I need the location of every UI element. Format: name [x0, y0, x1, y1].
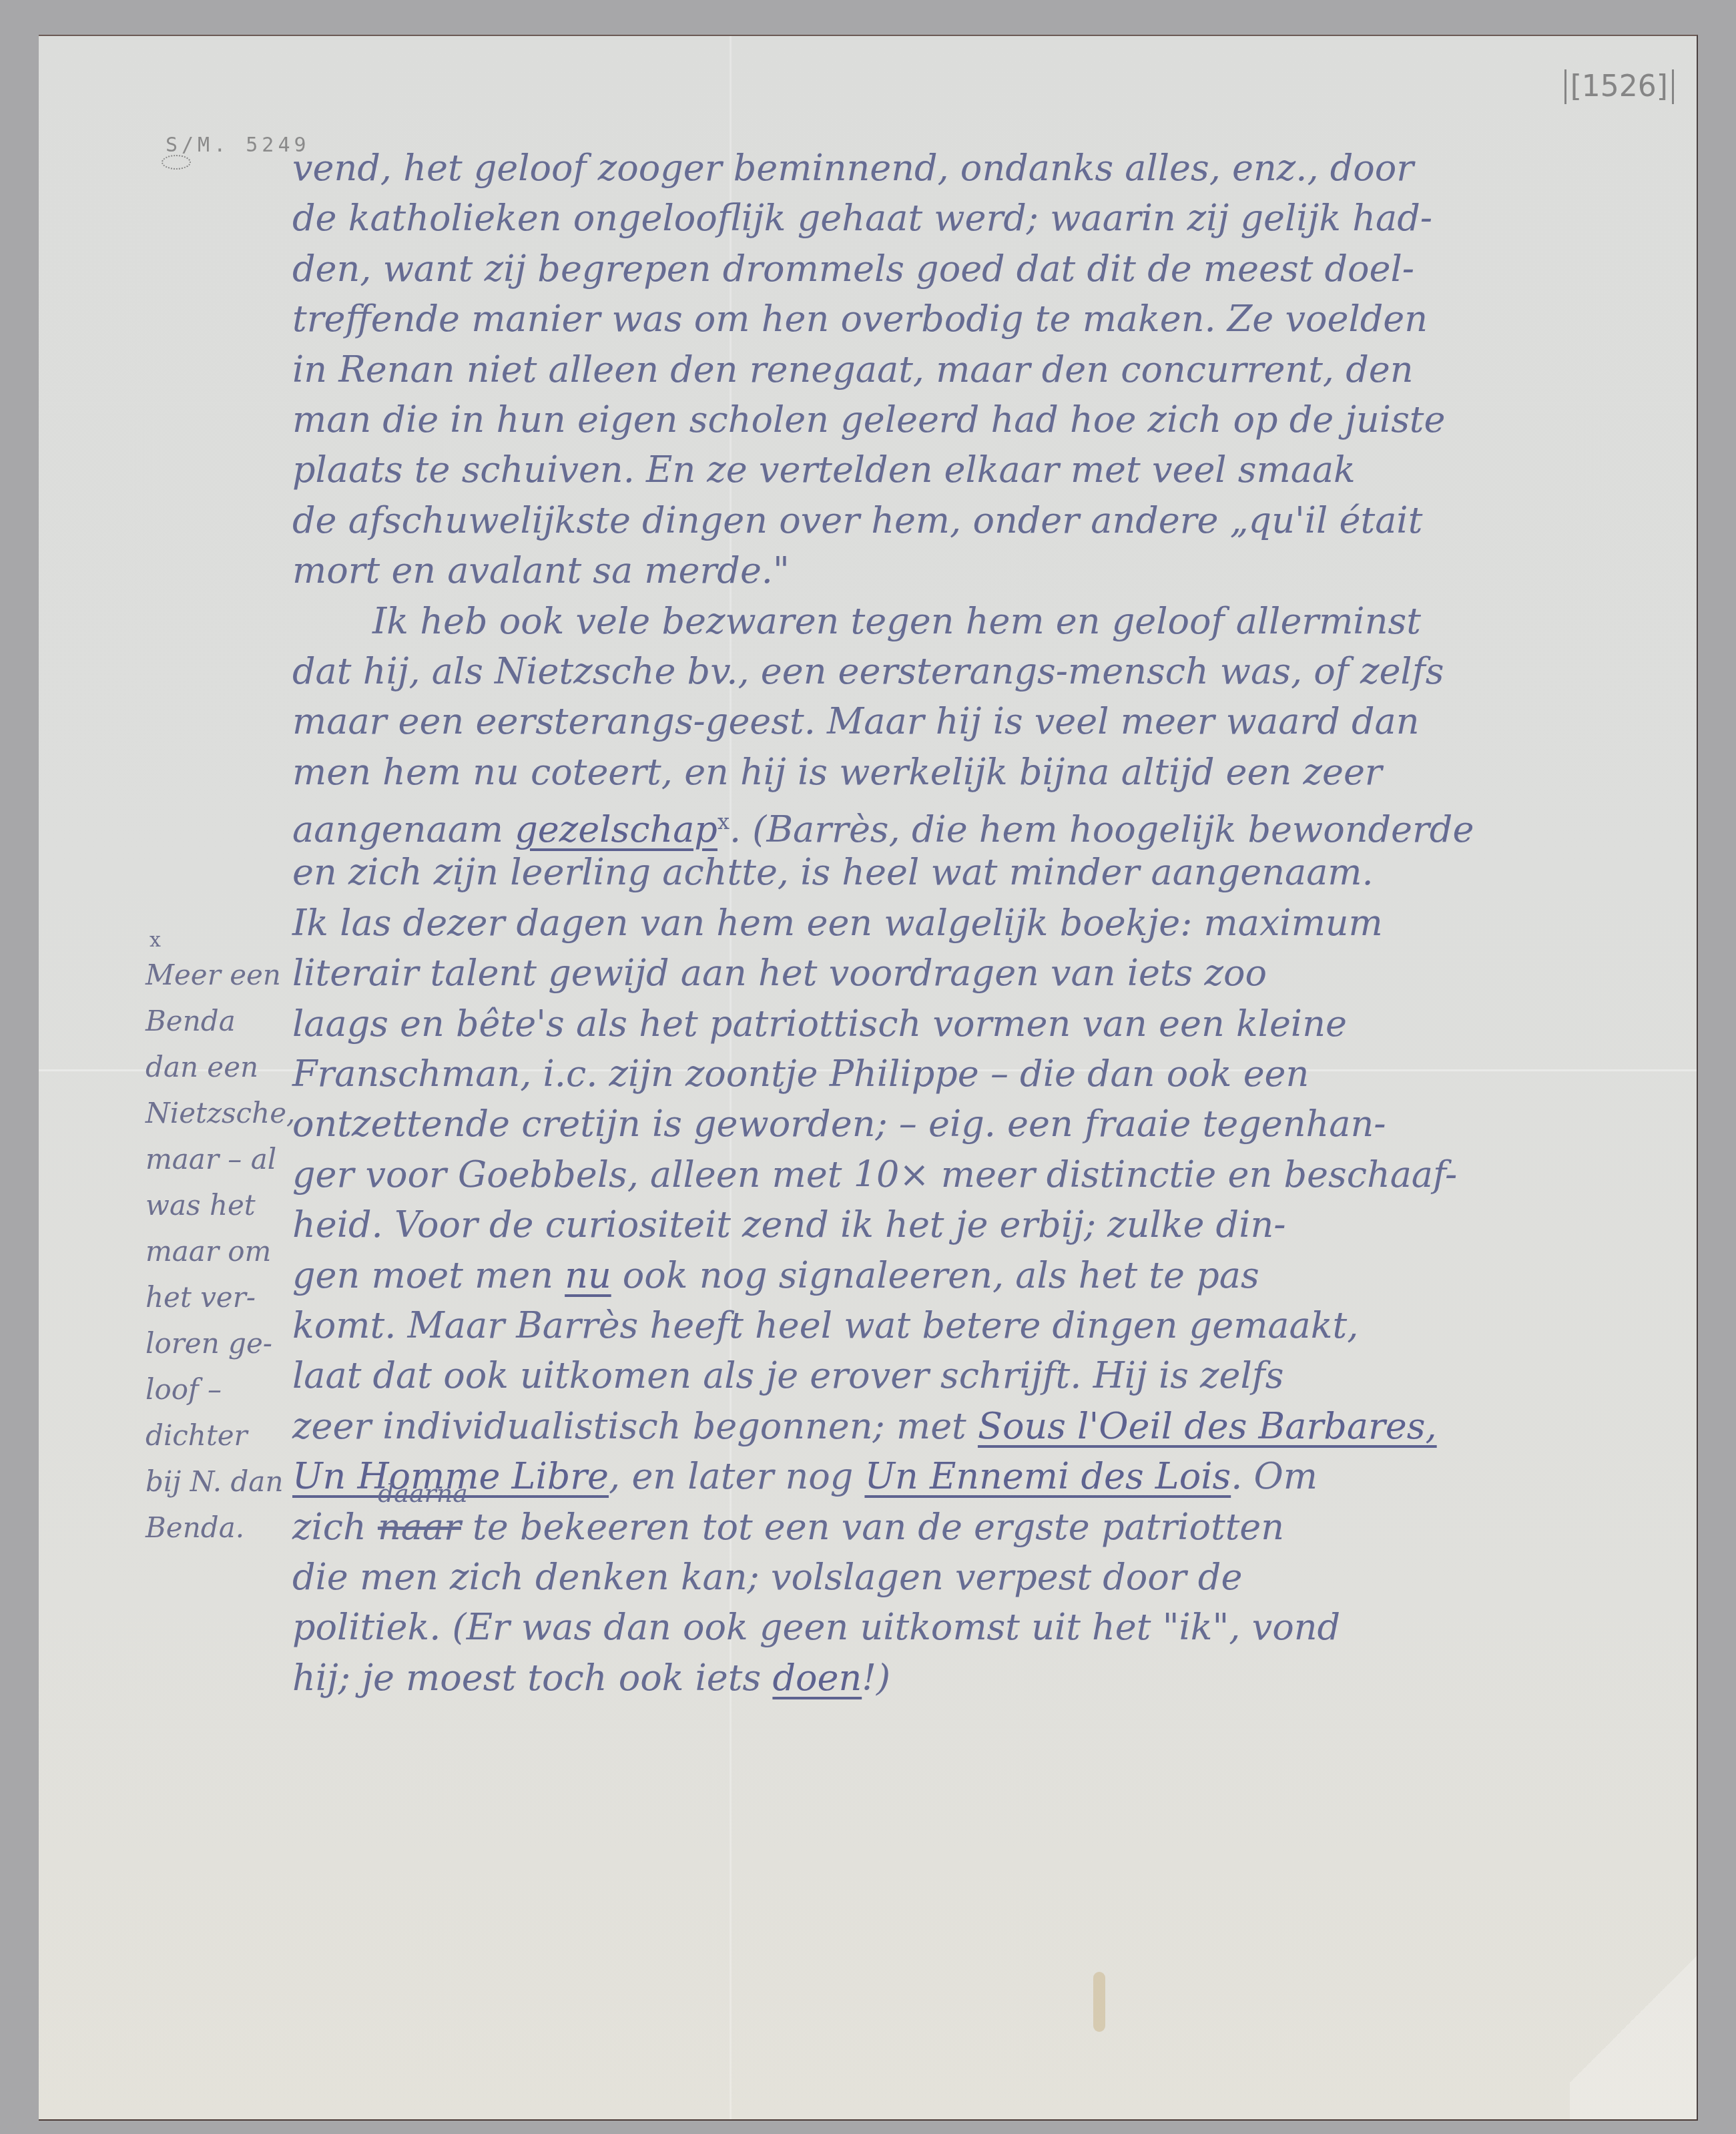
- footnote-marker: x: [717, 809, 730, 834]
- body-line: komt. Maar Barrès heeft heel wat betere …: [292, 1300, 1714, 1350]
- body-line: maar een eersterangs-geest. Maar hij is …: [292, 696, 1714, 746]
- margin-line: was het: [146, 1182, 292, 1228]
- text-fragment: te bekeeren tot een van de ergste patrio…: [461, 1506, 1284, 1548]
- book-title-underlined: Sous l'Oeil des Barbares,: [978, 1405, 1437, 1447]
- body-line: literair talent gewijd aan het voordrage…: [292, 948, 1714, 998]
- body-line: laat dat ook uitkomen als je erover schr…: [292, 1350, 1714, 1400]
- underlined-word: nu: [565, 1254, 611, 1296]
- body-line: Franschman, i.c. zijn zoontje Philippe –…: [292, 1049, 1714, 1099]
- paper-stain: [1093, 1972, 1105, 2032]
- body-line: treffende manier was om hen overbodig te…: [292, 294, 1714, 344]
- body-line: zich naardaarna te bekeeren tot een van …: [292, 1502, 1714, 1552]
- body-line: de afschuwelijkste dingen over hem, onde…: [292, 495, 1714, 545]
- text-fragment: zich: [292, 1506, 378, 1548]
- underlined-word: doen: [772, 1657, 862, 1699]
- body-line: de katholieken ongelooflijk gehaat werd;…: [292, 193, 1714, 243]
- margin-line: loof –: [146, 1366, 292, 1412]
- margin-line: bij N. dan: [146, 1458, 292, 1505]
- underlined-word: gezelschap: [515, 808, 717, 850]
- body-line: zeer individualistisch begonnen; met Sou…: [292, 1401, 1714, 1451]
- body-line: en zich zijn leerling achtte, is heel wa…: [292, 847, 1714, 897]
- body-line: vend, het geloof zooger beminnend, ondan…: [292, 143, 1714, 193]
- body-line: heid. Voor de curiositeit zend ik het je…: [292, 1199, 1714, 1250]
- text-fragment: . (Barrès, die hem hoogelijk bewonderde: [730, 808, 1474, 850]
- body-line: ontzettende cretijn is geworden; – eig. …: [292, 1099, 1714, 1149]
- archive-stamp-text: S/M. 5249: [166, 134, 310, 157]
- body-line: hij; je moest toch ook iets doen!): [292, 1653, 1714, 1703]
- text-fragment: . Om: [1231, 1455, 1318, 1497]
- body-line: den, want zij begrepen drommels goed dat…: [292, 244, 1714, 294]
- body-line: die men zich denken kan; volslagen verpe…: [292, 1552, 1714, 1602]
- body-line: aangenaam gezelschapx. (Barrès, die hem …: [292, 797, 1714, 847]
- stamp-circle-icon: [162, 155, 191, 170]
- body-line: ger voor Goebbels, alleen met 10× meer d…: [292, 1149, 1714, 1199]
- text-fragment: aangenaam: [292, 808, 515, 850]
- book-title-underlined: Un Ennemi des Lois: [864, 1455, 1231, 1497]
- margin-footnote: x Meer een Benda dan een Nietzsche, maar…: [146, 929, 292, 1551]
- margin-line: maar om: [146, 1228, 292, 1274]
- margin-line: dichter: [146, 1412, 292, 1458]
- archive-stamp: S/M. 5249: [166, 134, 310, 157]
- inserted-word: daarna: [378, 1481, 468, 1506]
- body-line: Ik las dezer dagen van hem een walgelijk…: [292, 898, 1714, 948]
- paragraph-start-line: Ik heb ook vele bezwaren tegen hem en ge…: [292, 596, 1714, 646]
- text-fragment: zeer individualistisch begonnen; met: [292, 1405, 978, 1447]
- margin-line: Nietzsche,: [146, 1090, 292, 1136]
- margin-line: dan een: [146, 1044, 292, 1090]
- margin-line: Benda.: [146, 1505, 292, 1551]
- margin-line: loren ge-: [146, 1320, 292, 1366]
- body-line: Un Homme Libre, en later nog Un Ennemi d…: [292, 1451, 1714, 1501]
- body-line: in Renan niet alleen den renegaat, maar …: [292, 344, 1714, 394]
- body-line: mort en avalant sa merde.": [292, 545, 1714, 595]
- body-line: politiek. (Er was dan ook geen uitkomst …: [292, 1602, 1714, 1652]
- correction: naardaarna: [378, 1502, 461, 1552]
- text-fragment: , en later nog: [609, 1455, 864, 1497]
- text-fragment: !): [862, 1657, 890, 1699]
- letter-body: vend, het geloof zooger beminnend, ondan…: [292, 143, 1714, 1703]
- page-number: [1526]: [1564, 69, 1674, 104]
- body-line: dat hij, als Nietzsche bv., een eerstera…: [292, 646, 1714, 696]
- body-line: gen moet men nu ook nog signaleeren, als…: [292, 1250, 1714, 1300]
- margin-line: Benda: [146, 998, 292, 1044]
- footnote-marker: x: [146, 929, 292, 952]
- letter-sheet: S/M. 5249 [1526] vend, het geloof zooger…: [39, 35, 1698, 2121]
- margin-line: maar – al: [146, 1136, 292, 1182]
- folded-corner: [1570, 1919, 1697, 2119]
- body-line: man die in hun eigen scholen geleerd had…: [292, 394, 1714, 445]
- text-fragment: hij; je moest toch ook iets: [292, 1657, 772, 1699]
- margin-line: het ver-: [146, 1274, 292, 1320]
- margin-line: Meer een: [146, 952, 292, 998]
- text-fragment: gen moet men: [292, 1254, 565, 1296]
- body-line: men hem nu coteert, en hij is werkelijk …: [292, 747, 1714, 797]
- struck-word: naar: [378, 1506, 461, 1548]
- text-fragment: ook nog signaleeren, als het te pas: [611, 1254, 1259, 1296]
- body-line: laags en bête's als het patriottisch vor…: [292, 999, 1714, 1049]
- body-line: plaats te schuiven. En ze vertelden elka…: [292, 445, 1714, 495]
